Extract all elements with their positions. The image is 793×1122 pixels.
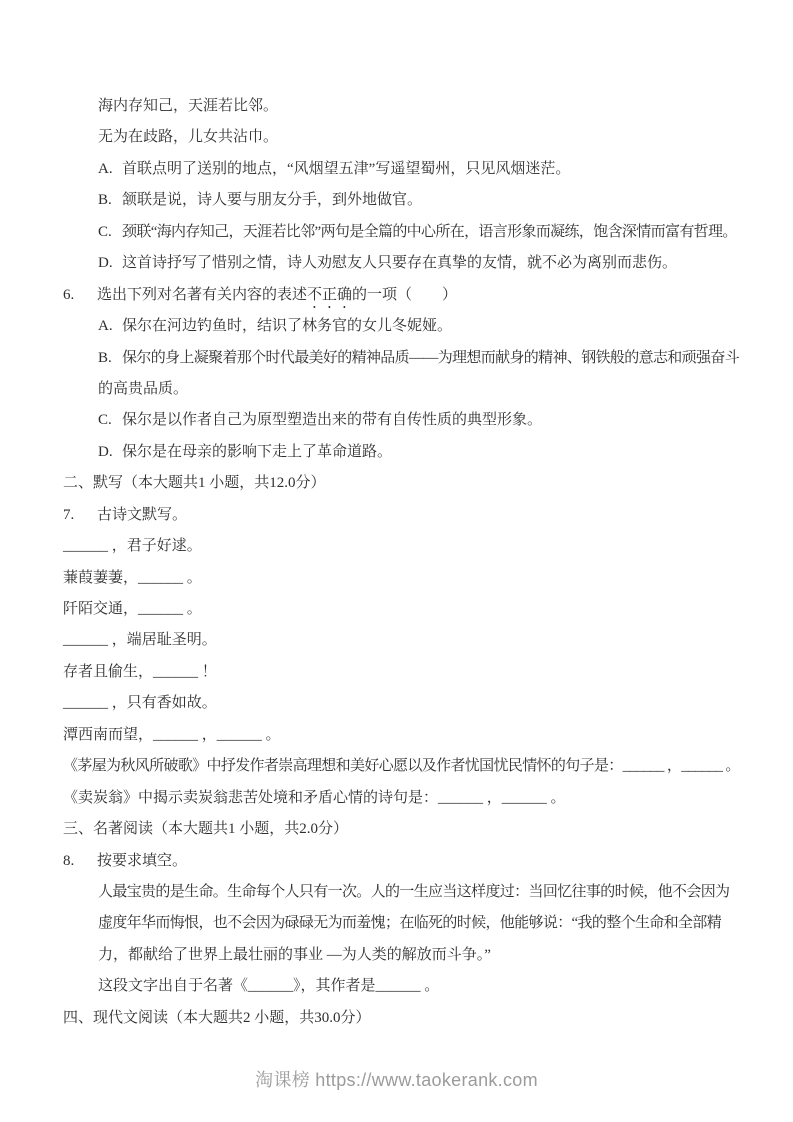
option-label: C. (98, 411, 122, 429)
question-title: 古诗文默写。 (97, 506, 187, 524)
option-row: D. 保尔是在母亲的影响下走上了革命道路。 (98, 443, 755, 474)
section-heading: 四、现代文阅读（本大题共2 小题，共30.0分） (63, 1009, 755, 1040)
paragraph-line: 人最宝贵的是生命。生命每个人只有一次。人的一生应当这样度过：当回忆往事的时候，他… (98, 883, 755, 914)
exam-content: 海内存知己，天涯若比邻。 无为在歧路，儿女共沾巾。 A. 首联点明了送别的地点，… (63, 97, 755, 1040)
fill-blank-line: 潭西南而望，______ ，______ 。 (63, 726, 755, 757)
fill-blank-line: 蒹葭萋萋，______ 。 (63, 569, 755, 600)
option-text: 颈联“海内存知己，天涯若比邻”两句是全篇的中心所在，语言形象而凝练，饱含深情而富… (122, 223, 737, 241)
option-label: D. (98, 254, 122, 272)
option-label: A. (98, 160, 122, 178)
exam-document-page: 海内存知己，天涯若比邻。 无为在歧路，儿女共沾巾。 A. 首联点明了送别的地点，… (0, 0, 793, 1122)
fill-blank-line: 这段文字出自于名著《______》，其作者是______ 。 (98, 977, 755, 1008)
option-row: A. 保尔在河边钓鱼时，结识了林务官的女儿冬妮娅。 (98, 317, 755, 348)
stem-after: 的一项（ ） (352, 287, 457, 303)
fill-blank-line: 阡陌交通，______ 。 (63, 600, 755, 631)
option-row: A. 首联点明了送别的地点，“风烟望五津”写遥望蜀州，只见风烟迷茫。 (98, 160, 755, 191)
paragraph-line: 虚度年华而悔恨，也不会因为碌碌无为而羞愧；在临死的时候，他能够说：“我的整个生命… (98, 914, 755, 945)
stem-before: 选出下列对名著有关内容的表述 (97, 287, 307, 303)
option-text: 这首诗抒写了惜别之情，诗人劝慰友人只要存在真挚的友情，就不必为离别而悲伤。 (122, 254, 677, 272)
option-row: C. 保尔是以作者自己为原型塑造出来的带有自传性质的典型形象。 (98, 411, 755, 442)
option-text: 首联点明了送别的地点，“风烟望五津”写遥望蜀州，只见风烟迷茫。 (122, 160, 570, 178)
question-row: 7. 古诗文默写。 (63, 506, 755, 537)
question-row: 8. 按要求填空。 (63, 852, 755, 883)
option-row: C. 颈联“海内存知己，天涯若比邻”两句是全篇的中心所在，语言形象而凝练，饱含深… (98, 223, 755, 254)
stem-emphasized-text: 不正确 (307, 287, 352, 303)
poem-line: 海内存知己，天涯若比邻。 (98, 97, 755, 128)
option-text: 保尔是以作者自己为原型塑造出来的带有自传性质的典型形象。 (122, 411, 542, 429)
question-title: 按要求填空。 (97, 852, 187, 870)
option-text: 保尔是在母亲的影响下走上了革命道路。 (122, 443, 392, 461)
option-label: B. (98, 349, 122, 367)
question-number: 6. (63, 286, 97, 304)
footer-watermark: 淘课榜 https://www.taokerank.com (0, 1066, 793, 1092)
option-row: B. 颔联是说，诗人要与朋友分手，到外地做官。 (98, 191, 755, 222)
option-label: B. (98, 191, 122, 209)
fill-blank-line: ______ ，只有香如故。 (63, 694, 755, 725)
fill-blank-line: ______ ，君子好逑。 (63, 537, 755, 568)
option-text: 颔联是说，诗人要与朋友分手，到外地做官。 (122, 191, 422, 209)
poem-line: 无为在歧路，儿女共沾巾。 (98, 128, 755, 159)
fill-blank-line: 存者且偷生，______ ！ (63, 663, 755, 694)
question-text: 选出下列对名著有关内容的表述不正确的一项（ ） (97, 286, 457, 312)
question-number: 8. (63, 852, 97, 870)
option-continuation-line: 的高贵品质。 (98, 380, 755, 411)
paragraph-line: 力，都献给了世界上最壮丽的事业 —为人类的解放而斗争。” (98, 946, 755, 977)
question-row: 6. 选出下列对名著有关内容的表述不正确的一项（ ） (63, 286, 755, 317)
section-heading: 二、默写（本大题共1 小题，共12.0分） (63, 474, 755, 505)
option-label: C. (98, 223, 122, 241)
fill-blank-line: ______ ，端居耻圣明。 (63, 631, 755, 662)
section-heading: 三、名著阅读（本大题共1 小题，共2.0分） (63, 820, 755, 851)
option-text: 保尔在河边钓鱼时，结识了林务官的女儿冬妮娅。 (122, 317, 452, 335)
fill-blank-line: 《卖炭翁》中揭示卖炭翁悲苦处境和矛盾心情的诗句是：______ ，______ … (63, 789, 755, 820)
question-number: 7. (63, 506, 97, 524)
option-text: 保尔的身上凝聚着那个时代最美好的精神品质——为理想而献身的精神、钢铁般的意志和顽… (122, 349, 739, 367)
option-label: D. (98, 443, 122, 461)
option-row: B. 保尔的身上凝聚着那个时代最美好的精神品质——为理想而献身的精神、钢铁般的意… (98, 349, 755, 380)
fill-blank-line: 《茅屋为秋风所破歌》中抒发作者崇高理想和美好心愿以及作者忧国忧民情怀的句子是：_… (63, 757, 755, 788)
option-row: D. 这首诗抒写了惜别之情，诗人劝慰友人只要存在真挚的友情，就不必为离别而悲伤。 (98, 254, 755, 285)
option-label: A. (98, 317, 122, 335)
